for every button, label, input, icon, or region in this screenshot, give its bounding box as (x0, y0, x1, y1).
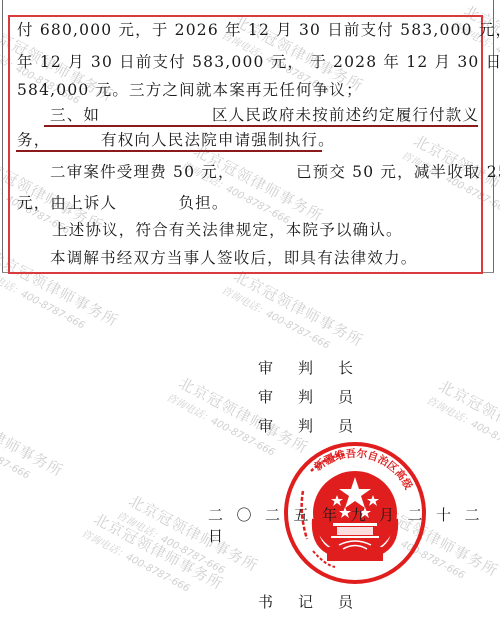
char: 书 (258, 591, 298, 612)
paragraph-5: 本调解书经双方当事人签收后，即具有法律效力。 (50, 248, 417, 268)
document-date: 二〇二五年九月二十二日 (208, 504, 500, 546)
char: 员 (338, 415, 378, 436)
char: 二 (465, 504, 494, 525)
char: 日 (208, 525, 237, 546)
paragraph-2-line-1-left: 三、如 (50, 105, 100, 125)
char: 二 (265, 504, 294, 525)
char: 五 (294, 504, 323, 525)
char: 判 (298, 415, 338, 436)
char: 二 (208, 504, 237, 525)
paragraph-1-line-2: 年 12 月 30 日前支付 583,000 元， 于 2028 年 12 月 … (17, 52, 475, 72)
paragraph-2-line-2-left: 务， (17, 130, 50, 150)
page-frame-right (493, 0, 494, 273)
watermark-phone: 咨询电话：400-8787-666 (80, 525, 218, 608)
char: 员 (338, 591, 378, 612)
presiding-judge-label: 审判长 (258, 357, 378, 378)
char: 年 (322, 504, 351, 525)
paragraph-3-line-1: 二审案件受理费 50 元， 已预交 50 元，减半收取 25 (50, 162, 500, 182)
char: 九 (351, 504, 380, 525)
char: 月 (379, 504, 408, 525)
judge-label: 审判员 (258, 386, 378, 407)
judge-label: 审判员 (258, 415, 378, 436)
red-underline (16, 150, 322, 152)
char: 判 (298, 357, 338, 378)
paragraph-1-line-3: 584,000 元。三方之间就本案再无任何争议； (17, 80, 363, 100)
page-frame-left (2, 0, 3, 273)
watermark-name: 北京冠领律师事务所 (435, 375, 500, 461)
watermark-phone: 咨询电话：400-8787-666 (0, 412, 57, 495)
paragraph-2-line-1-right: 区人民政府未按前述约定履行付款义 (212, 105, 479, 125)
watermark-name: 北京冠领律师事务所 (230, 265, 367, 351)
watermark-name: 北京冠领律师事务所 (90, 508, 227, 594)
paragraph-1-line-1: 付 680,000 元，于 2026 年 12 月 30 日前支付 583,00… (17, 20, 475, 40)
char: 审 (258, 357, 298, 378)
watermark-name: 北京冠领律师事务所 (0, 395, 67, 481)
paragraph-4: 上述协议，符合有关法律规定，本院予以确认。 (52, 220, 403, 240)
watermark: 北京冠领律师事务所 咨询电话：400-8787-666 (0, 395, 67, 494)
watermark-phone: 咨询电话：400-8787-666 (220, 282, 358, 365)
char: 员 (338, 386, 378, 407)
char: 〇 (237, 504, 266, 525)
char: 十 (436, 504, 465, 525)
watermark-phone: 咨询电话：400-8787-666 (425, 392, 500, 475)
paragraph-3-line-2: 元，由上诉人 负担。 (17, 193, 229, 213)
watermark: 北京冠领律师事务所 咨询电话：400-8787-666 (83, 508, 227, 607)
char: 长 (338, 357, 378, 378)
char: 记 (298, 591, 338, 612)
watermark: 北京冠领律师事务所 咨询电话：400-8787-666 (223, 265, 367, 364)
clerk-label: 书记员 (258, 591, 378, 612)
paragraph-2-line-2-right: 有权向人民法院申请强制执行。 (101, 130, 335, 150)
char: 判 (298, 386, 338, 407)
red-underline (44, 125, 478, 127)
char: 审 (258, 386, 298, 407)
char: 审 (258, 415, 298, 436)
watermark: 北京冠领律师事务所 咨询电话：400-8787-666 (428, 375, 500, 474)
watermark-phone: 咨询电话：400-8787-666 (0, 262, 112, 345)
char: 二 (408, 504, 437, 525)
